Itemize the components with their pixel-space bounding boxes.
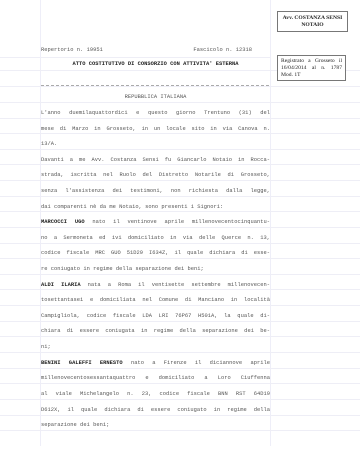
body-line: strada, iscritta nel Ruolo del Distretto… (41, 172, 270, 179)
body-line: ni; (41, 344, 270, 351)
ruled-line (0, 430, 360, 431)
party-line: ALDI ILARIA nata a Roma il ventisette se… (41, 282, 270, 289)
party-name: MARCOCCI UGO (41, 219, 85, 225)
body-line: dai comparenti nè da me Notaio, sono pre… (41, 204, 270, 211)
ruled-line (0, 399, 360, 400)
body-line: no a Sermoneta ed ivi domiciliato in via… (41, 235, 270, 242)
fascicolo-number: Fascicolo n. 12318 (193, 47, 252, 54)
body-line: millenovecentosessantaquattro e domicili… (41, 375, 270, 382)
party-details: nato il ventinove aprile millenovecentoc… (85, 219, 270, 225)
body-line: Davanti a me Avv. Costanza Sensi fu Gian… (41, 157, 270, 164)
party-name: ALDI ILARIA (41, 282, 81, 288)
ruled-line (0, 227, 360, 228)
ruled-line (0, 415, 360, 416)
body-line: chiara di essere coniugata in regime del… (41, 328, 270, 335)
ruled-line (0, 57, 270, 58)
body-line: 13/A. (41, 141, 270, 148)
ruled-line (0, 383, 360, 384)
registration-stamp: Registrato a Grosseto il 16/04/2014 al n… (277, 55, 346, 81)
registration-text: Registrato a Grosseto il 16/04/2014 al n… (281, 58, 342, 79)
notary-stamp: Avv. COSTANZA SENSI NOTAIO (277, 11, 348, 32)
ruled-line (0, 289, 360, 290)
body-line: separazione dei beni; (41, 422, 270, 429)
body-line: al viale Michelangelo n. 23, codice fisc… (41, 391, 270, 398)
ruled-line (0, 180, 360, 181)
notary-title: NOTAIO (281, 22, 344, 29)
body-line: senza l'assistenza dei testimoni, non ri… (41, 188, 270, 195)
party-details: nata a Roma il ventisette settembre mill… (81, 282, 270, 288)
ruled-line (0, 102, 360, 103)
body-line: Campigliola, codice fiscale LDA LRI 76P6… (41, 313, 270, 320)
body-line: mese di Marzo in Grosseto, in un locale … (41, 126, 270, 133)
notary-name: Avv. COSTANZA SENSI (281, 15, 344, 22)
ruled-line (0, 164, 360, 165)
party-details: nato a Firenze il diciannove aprile (123, 360, 270, 366)
body-line: D612X, il quale dichiara di essere coniu… (41, 407, 270, 414)
ruled-line (0, 196, 360, 197)
party-line: MARCOCCI UGO nato il ventinove aprile mi… (41, 219, 270, 226)
party-line: BENINI GALEFFI ERNESTO nato a Firenze il… (41, 360, 270, 367)
republic-heading: REPUBBLICA ITALIANA (41, 94, 270, 101)
ruled-line (0, 86, 360, 87)
ruled-line (0, 243, 360, 244)
header-refs: Repertorio n. 19951 Fascicolo n. 12318 (41, 47, 252, 54)
ruled-line (0, 336, 360, 337)
ruled-line (0, 368, 360, 369)
party-name: BENINI GALEFFI ERNESTO (41, 360, 123, 366)
ruled-line (0, 118, 360, 119)
right-margin-line (270, 0, 271, 446)
ruled-line (0, 274, 360, 275)
body-line: L'anno duemilaquattordici e questo giorn… (41, 110, 270, 117)
document-title: ATTO COSTITUTIVO DI CONSORZIO CON ATTIVI… (41, 61, 270, 68)
ruled-line (0, 352, 360, 353)
repertorio-number: Repertorio n. 19951 (41, 47, 103, 54)
ruled-line (0, 258, 360, 259)
ruled-line (0, 133, 360, 134)
body-line: codice fiscale MRC GUO 51D29 I634Z, il q… (41, 250, 270, 257)
title-separator (41, 85, 269, 86)
ruled-line (0, 305, 360, 306)
ruled-line (0, 321, 360, 322)
body-line: tosettantasei e domiciliata nel Comune d… (41, 297, 270, 304)
ruled-line (0, 149, 360, 150)
body-line: re coniugato in regime della separazione… (41, 266, 270, 273)
ruled-line (0, 211, 360, 212)
